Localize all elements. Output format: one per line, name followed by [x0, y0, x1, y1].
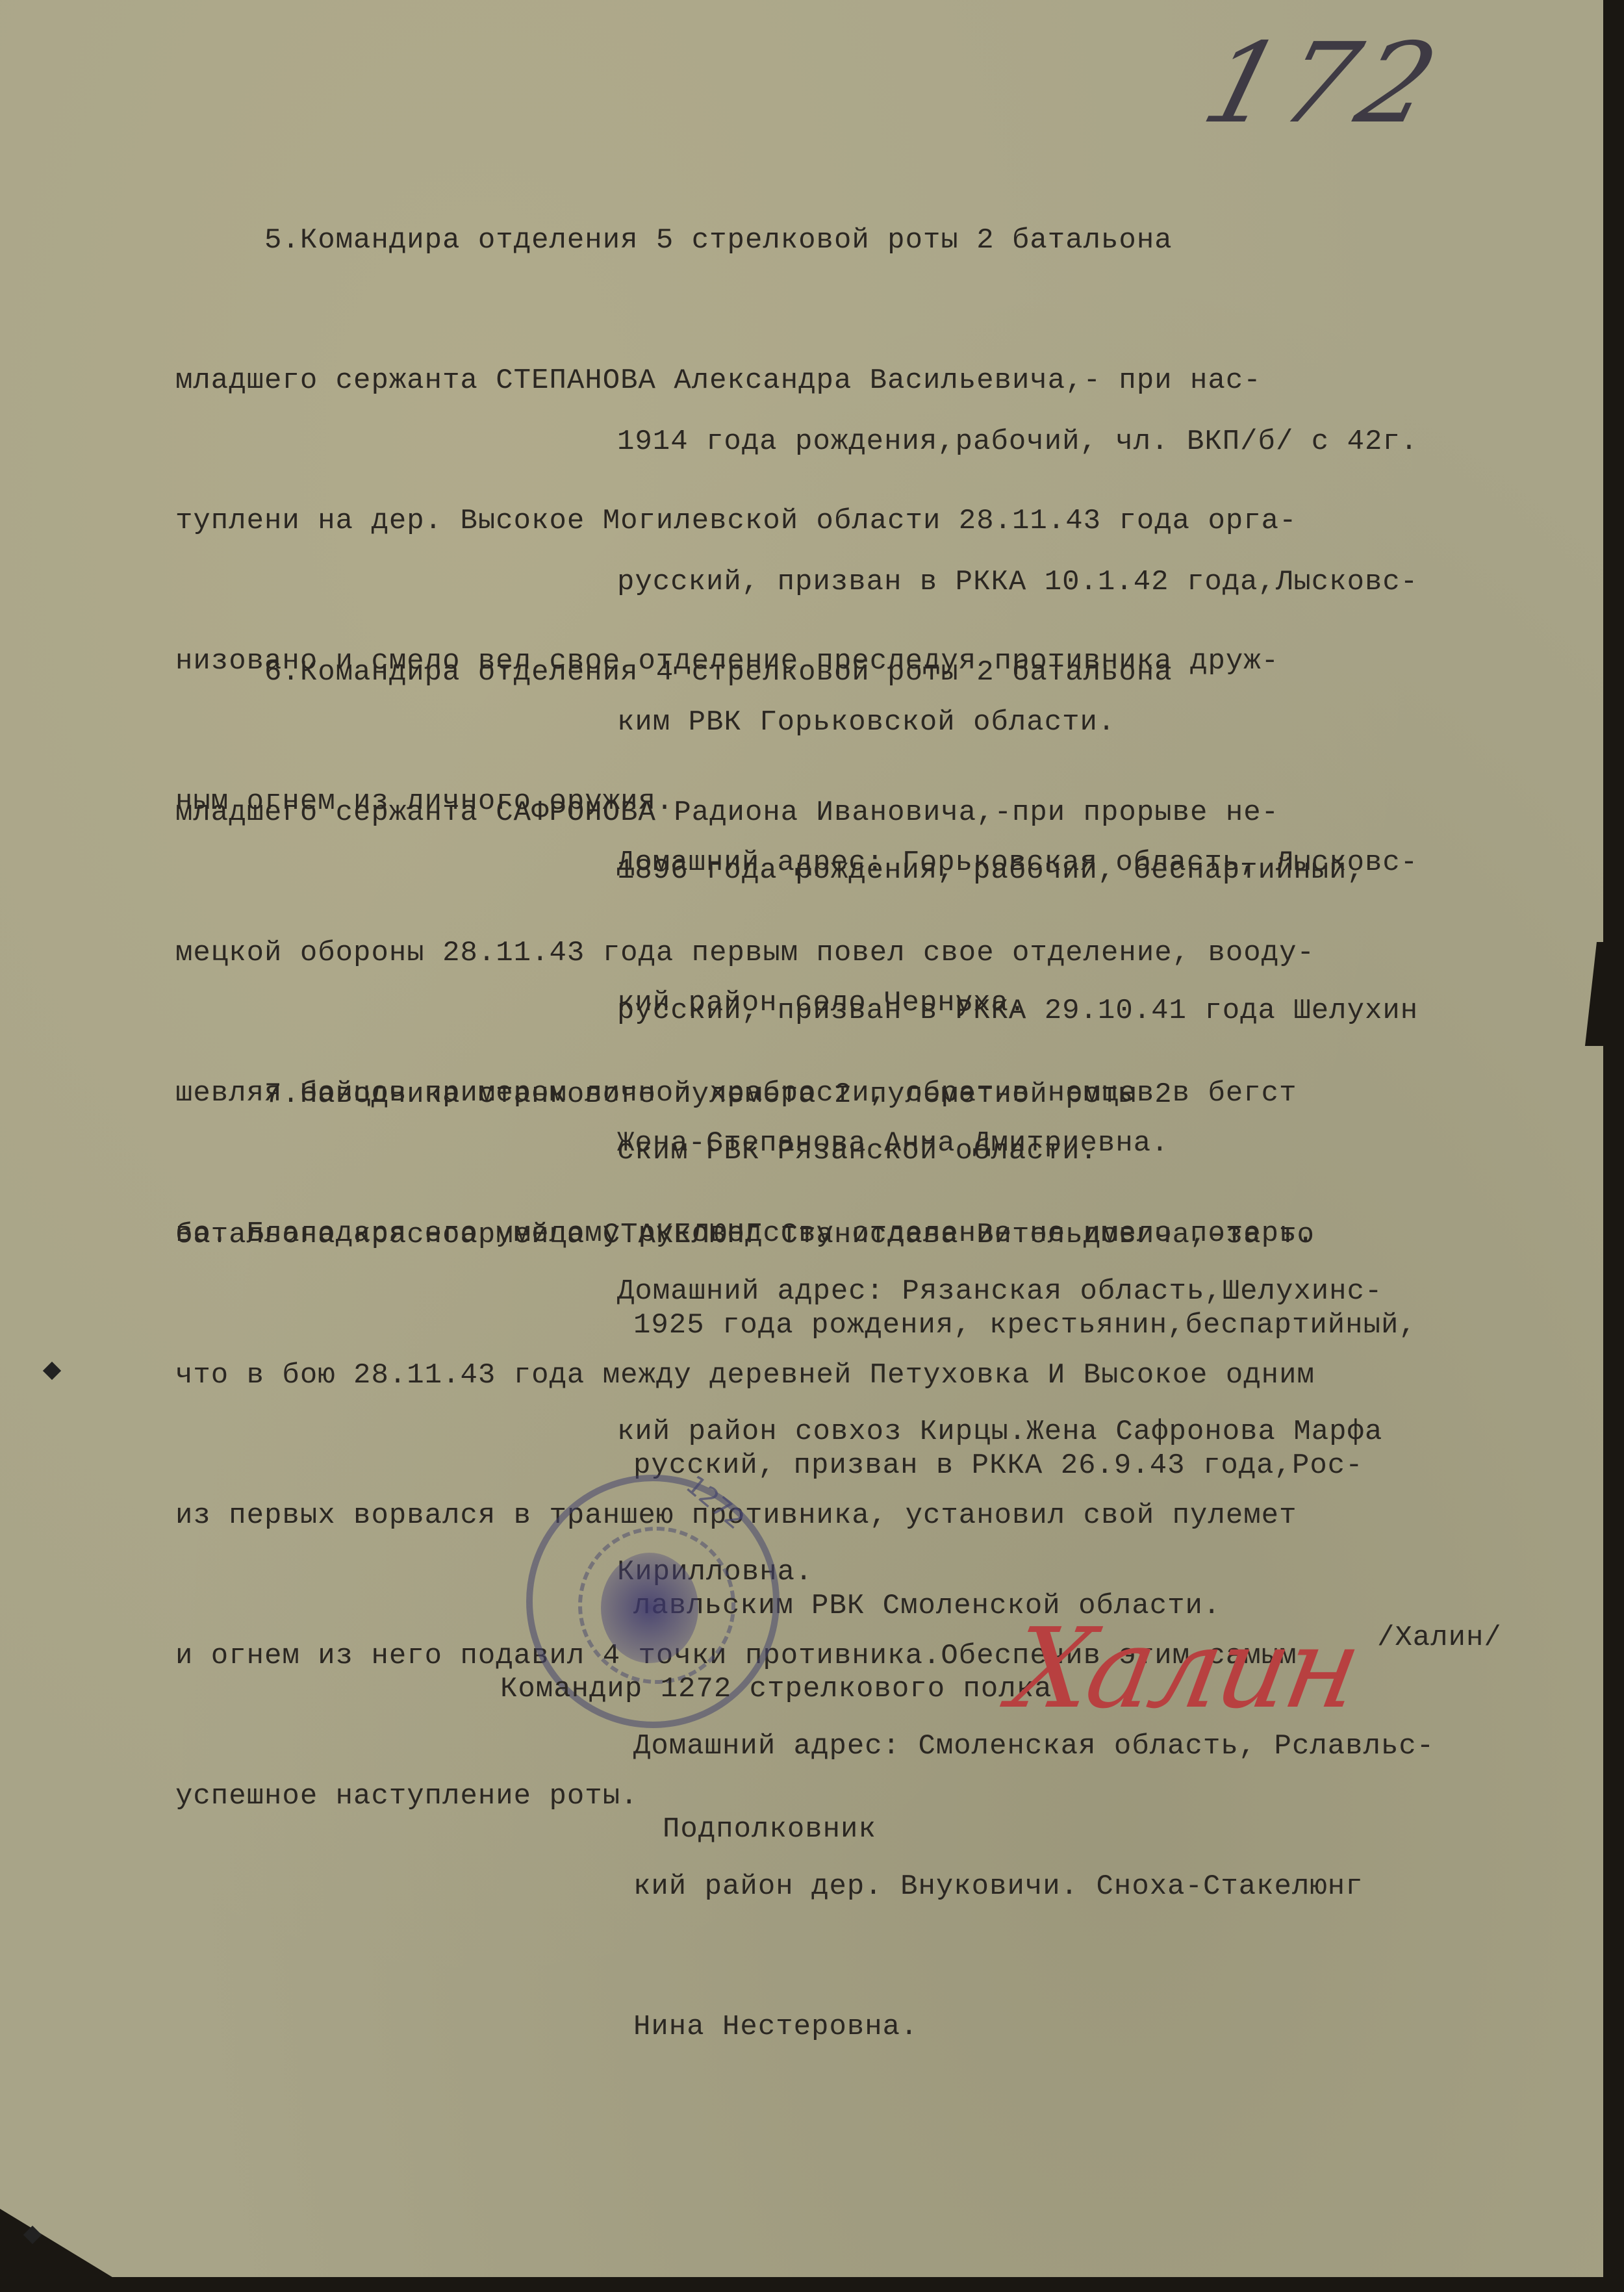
text-line: 1914 года рождения,рабочий, чл. ВКП/б/ с… [617, 418, 1418, 465]
text-line: 5.Командира отделения 5 стрелковой роты … [175, 217, 1297, 264]
text-line: 1896 года рождения, рабочий, беспартийны… [617, 847, 1418, 894]
text-line: 7.Наводчика станкового пулемета 2 пулеме… [175, 1071, 1315, 1118]
handwritten-signature: Халин [1002, 1605, 1367, 1733]
signature-block: Командир 1272 стрелкового полка Подполко… [500, 1572, 1052, 1900]
signer-title: Командир 1272 стрелкового полка [500, 1666, 1052, 1713]
signer-rank: Подполковник [500, 1806, 1052, 1853]
text-line: Нина Нестеровна. [633, 2004, 1434, 2050]
text-line: русский, призван в РККА 26.9.43 года,Рос… [633, 1442, 1434, 1489]
text-line: 1925 года рождения, крестьянин,беспартий… [633, 1302, 1434, 1349]
signer-name: /Халин/ [1377, 1614, 1502, 1661]
text-line: 6.Командира отделения 4 стрелковой роты … [175, 649, 1315, 696]
